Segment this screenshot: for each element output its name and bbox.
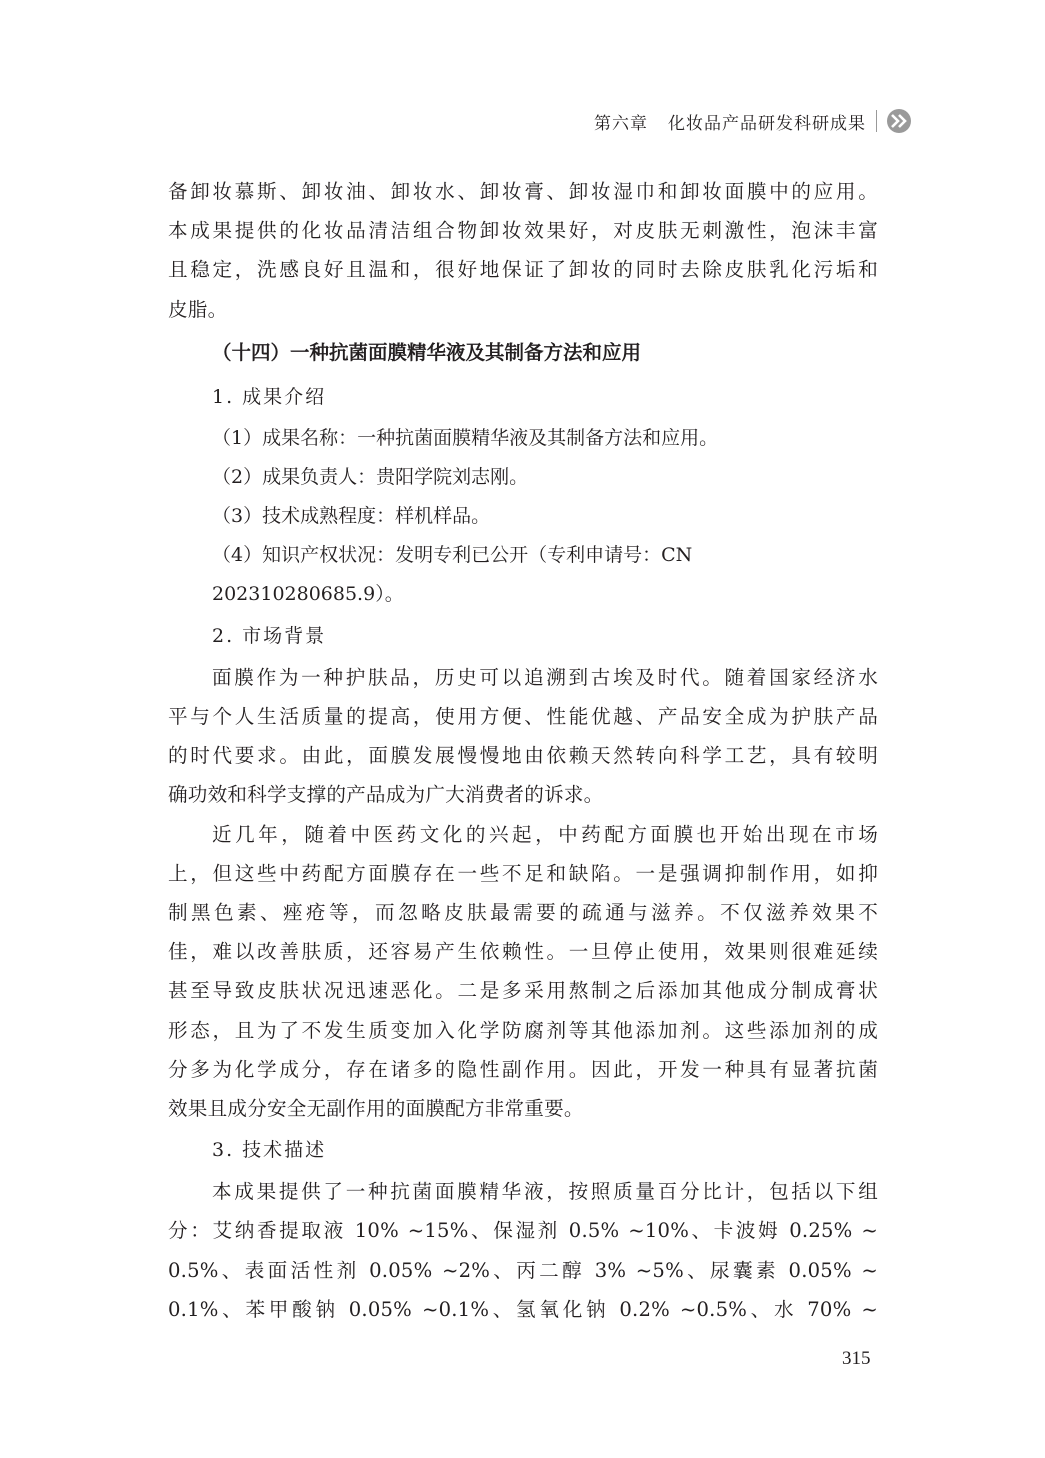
paragraph-line: 上，但这些中药配方面膜存在一些不足和缺陷。一是强调抑制作用，如抑 <box>168 854 878 893</box>
header-divider <box>876 110 877 132</box>
paragraph-line: 效果且成分安全无副作用的面膜配方非常重要。 <box>168 1089 878 1128</box>
double-chevron-right-icon <box>887 109 911 133</box>
subsection-heading: 3. 技术描述 <box>168 1128 878 1172</box>
paragraph-line: 0.1%、苯甲酸钠 0.05% ~0.1%、氢氧化钠 0.2% ~0.5%、水 … <box>168 1290 878 1329</box>
page-body: 备卸妆慕斯、卸妆油、卸妆水、卸妆膏、卸妆湿巾和卸妆面膜中的应用。 本成果提供的化… <box>168 172 878 1329</box>
running-header: 第六章化妆品产品研发科研成果 <box>594 106 911 136</box>
paragraph-line: 本成果提供了一种抗菌面膜精华液，按照质量百分比计，包括以下组 <box>168 1172 878 1211</box>
section-title: （十四）一种抗菌面膜精华液及其制备方法和应用 <box>168 331 878 375</box>
chapter-label: 第六章 <box>594 114 648 134</box>
paragraph-line: 甚至导致皮肤状况迅速恶化。二是多采用熬制之后添加其他成分制成膏状 <box>168 971 878 1010</box>
chapter-title: 化妆品产品研发科研成果 <box>668 114 866 134</box>
subsection-heading: 1. 成果介绍 <box>168 375 878 419</box>
list-item: （3）技术成熟程度：样机样品。 <box>168 497 878 536</box>
paragraph-line: 确功效和科学支撑的产品成为广大消费者的诉求。 <box>168 775 878 814</box>
paragraph-line: 0.5%、表面活性剂 0.05% ~2%、丙二醇 3% ~5%、尿囊素 0.05… <box>168 1251 878 1290</box>
paragraph-line: 近几年，随着中医药文化的兴起，中药配方面膜也开始出现在市场 <box>168 815 878 854</box>
paragraph-line: 平与个人生活质量的提高，使用方便、性能优越、产品安全成为护肤产品 <box>168 697 878 736</box>
list-item: （4）知识产权状况：发明专利已公开（专利申请号：CN 202310280685.… <box>168 536 878 614</box>
paragraph-line: 且稳定，洗感良好且温和，很好地保证了卸妆的同时去除皮肤乳化污垢和 <box>168 250 878 289</box>
paragraph-line: 佳，难以改善肤质，还容易产生依赖性。一旦停止使用，效果则很难延续 <box>168 932 878 971</box>
list-item: （2）成果负责人：贵阳学院刘志刚。 <box>168 458 878 497</box>
page-number: 315 <box>842 1348 871 1370</box>
header-title: 第六章化妆品产品研发科研成果 <box>594 109 866 134</box>
paragraph-line: 皮脂。 <box>168 290 878 329</box>
paragraph-line: 分多为化学成分，存在诸多的隐性副作用。因此，开发一种具有显著抗菌 <box>168 1050 878 1089</box>
paragraph-line: 形态，且为了不发生质变加入化学防腐剂等其他添加剂。这些添加剂的成 <box>168 1011 878 1050</box>
list-item: （1）成果名称：一种抗菌面膜精华液及其制备方法和应用。 <box>168 419 878 458</box>
paragraph-line: 备卸妆慕斯、卸妆油、卸妆水、卸妆膏、卸妆湿巾和卸妆面膜中的应用。 <box>168 172 878 211</box>
paragraph-line: 分：艾纳香提取液 10% ~15%、保湿剂 0.5% ~10%、卡波姆 0.25… <box>168 1211 878 1250</box>
paragraph-line: 面膜作为一种护肤品，历史可以追溯到古埃及时代。随着国家经济水 <box>168 658 878 697</box>
paragraph-line: 的时代要求。由此，面膜发展慢慢地由依赖天然转向科学工艺，具有较明 <box>168 736 878 775</box>
paragraph-line: 本成果提供的化妆品清洁组合物卸妆效果好，对皮肤无刺激性，泡沫丰富 <box>168 211 878 250</box>
paragraph-line: 制黑色素、痤疮等，而忽略皮肤最需要的疏通与滋养。不仅滋养效果不 <box>168 893 878 932</box>
subsection-heading: 2. 市场背景 <box>168 614 878 658</box>
